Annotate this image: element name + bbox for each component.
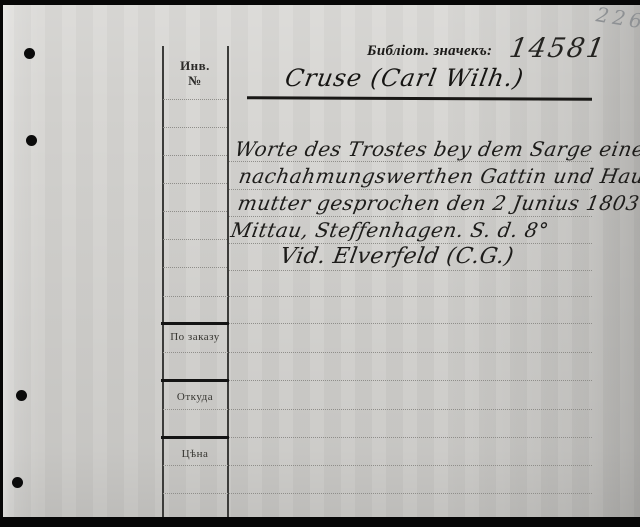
column-divider bbox=[161, 379, 229, 382]
ruled-line bbox=[163, 465, 592, 466]
entry-line: nachahmungswerthen Gattin und Haus- bbox=[237, 164, 640, 188]
entry-line: Vid. Elverfeld (C.G.) bbox=[278, 244, 516, 269]
punch-hole bbox=[24, 48, 35, 59]
ruled-line bbox=[163, 352, 592, 353]
column-header-line1: Инв. bbox=[162, 58, 228, 73]
entry-line: mutter gesprochen den 2 Junius 1803. bbox=[236, 191, 640, 215]
field-label-otkuda: Откуда bbox=[162, 391, 228, 403]
stamp-label: Библіот. значекъ: bbox=[367, 43, 492, 60]
punch-hole bbox=[26, 135, 37, 146]
entry-line: Mittau, Steffenhagen. S. d. 8° bbox=[229, 218, 551, 242]
ruled-line bbox=[229, 380, 592, 381]
punch-hole bbox=[16, 390, 27, 401]
bottom-border bbox=[0, 517, 640, 527]
ruled-line bbox=[163, 155, 227, 156]
top-border bbox=[0, 0, 640, 5]
column-header: Инв. № bbox=[162, 58, 228, 88]
ruled-line bbox=[229, 437, 592, 438]
author-heading: Cruse (Carl Wilh.) bbox=[283, 64, 526, 92]
ruled-line bbox=[163, 211, 227, 212]
ruled-line bbox=[163, 409, 592, 410]
column-right-line bbox=[227, 46, 229, 517]
ruled-line bbox=[163, 267, 227, 268]
ruled-line bbox=[229, 189, 592, 190]
ruled-line bbox=[229, 323, 592, 324]
author-underline bbox=[247, 96, 592, 100]
ruled-line bbox=[163, 493, 592, 494]
ruled-line bbox=[163, 127, 227, 128]
ruled-line bbox=[229, 270, 592, 271]
left-border bbox=[0, 0, 3, 527]
column-divider bbox=[161, 322, 229, 325]
ruled-line bbox=[229, 216, 592, 217]
column-left-line bbox=[162, 46, 164, 517]
column-header-line2: № bbox=[162, 73, 228, 88]
stamp-number: 14581 bbox=[507, 33, 608, 64]
ruled-line bbox=[163, 99, 227, 100]
punch-hole bbox=[12, 477, 23, 488]
column-divider bbox=[161, 436, 229, 439]
page-number: 226 bbox=[594, 2, 640, 34]
ruled-line bbox=[163, 239, 227, 240]
entry-line: Worte des Trostes bey dem Sarge einer bbox=[233, 137, 640, 161]
ruled-line bbox=[163, 183, 227, 184]
ruled-line bbox=[163, 296, 592, 297]
field-label-po-zakazu: По заказу bbox=[162, 331, 228, 343]
field-label-tsena: Цѣна bbox=[162, 448, 228, 460]
ruled-line bbox=[229, 161, 592, 162]
catalog-card-scan: Инв. № По заказу Откуда Цѣна Библіот. зн… bbox=[0, 0, 640, 527]
